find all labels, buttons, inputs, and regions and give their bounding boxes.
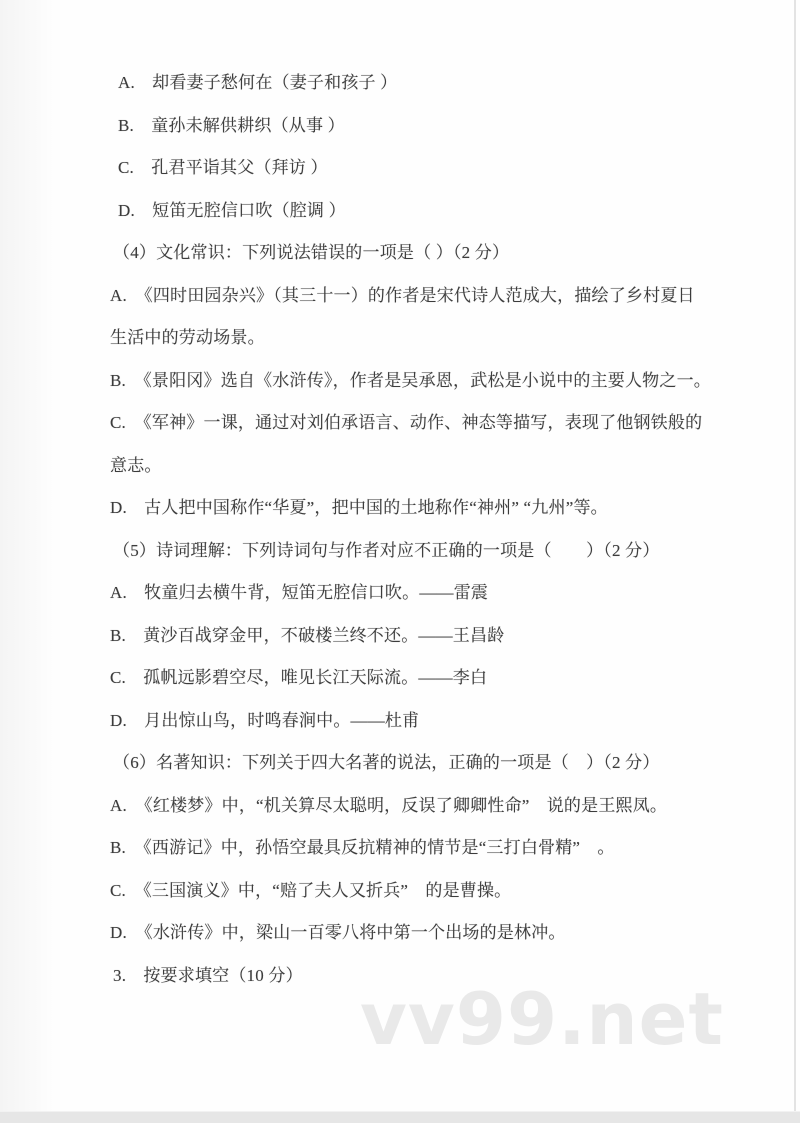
text-line: B. 《西游记》中，孙悟空最具反抗精神的情节是“三打白骨精” 。 [0,827,800,870]
document-content: A. 却看妻子愁何在（妻子和孩子 ）B. 童孙未解供耕织（从事 ）C. 孔君平诣… [0,0,800,997]
text-line: B. 《景阳冈》选自《水浒传》，作者是吴承恩，武松是小说中的主要人物之一。 [0,360,800,403]
text-line: D. 短笛无腔信口吹（腔调 ） [0,190,800,233]
text-line: A. 牧童归去横牛背，短笛无腔信口吹。——雷震 [0,572,800,615]
text-line: C. 孔君平诣其父（拜访 ） [0,147,800,190]
text-line: 意志。 [0,445,800,488]
text-line: （4）文化常识：下列说法错误的一项是（ ）（2 分） [0,232,800,275]
text-line: B. 童孙未解供耕织（从事 ） [0,105,800,148]
text-line: B. 黄沙百战穿金甲，不破楼兰终不还。——王昌龄 [0,615,800,658]
text-line: C. 《军神》一课，通过对刘伯承语言、动作、神态等描写，表现了他钢铁般的 [0,402,800,445]
text-line: C. 孤帆远影碧空尽，唯见长江天际流。——李白 [0,657,800,700]
text-line: A. 却看妻子愁何在（妻子和孩子 ） [0,62,800,105]
text-line: A. 《四时田园杂兴》（其三十一）的作者是宋代诗人范成大，描绘了乡村夏日 [0,275,800,318]
next-page-top [0,1123,800,1137]
page-separator-band [0,1112,800,1123]
document-page: A. 却看妻子愁何在（妻子和孩子 ）B. 童孙未解供耕织（从事 ）C. 孔君平诣… [0,0,800,1137]
text-line: （6）名著知识：下列关于四大名著的说法，正确的一项是（ ）（2 分） [0,742,800,785]
text-line: 生活中的劳动场景。 [0,317,800,360]
watermark: vv99.net [360,983,724,1055]
text-line: （5）诗词理解：下列诗词句与作者对应不正确的一项是（ ）（2 分） [0,530,800,573]
text-line: D. 《水浒传》中，梁山一百零八将中第一个出场的是林冲。 [0,912,800,955]
text-line: D. 古人把中国称作“华夏”，把中国的土地称作“神州” “九州”等。 [0,487,800,530]
text-line: A. 《红楼梦》中，“机关算尽太聪明，反误了卿卿性命” 说的是王熙凤。 [0,785,800,828]
text-line: D. 月出惊山鸟，时鸣春涧中。——杜甫 [0,700,800,743]
text-line: C. 《三国演义》中，“赔了夫人又折兵” 的是曹操。 [0,870,800,913]
